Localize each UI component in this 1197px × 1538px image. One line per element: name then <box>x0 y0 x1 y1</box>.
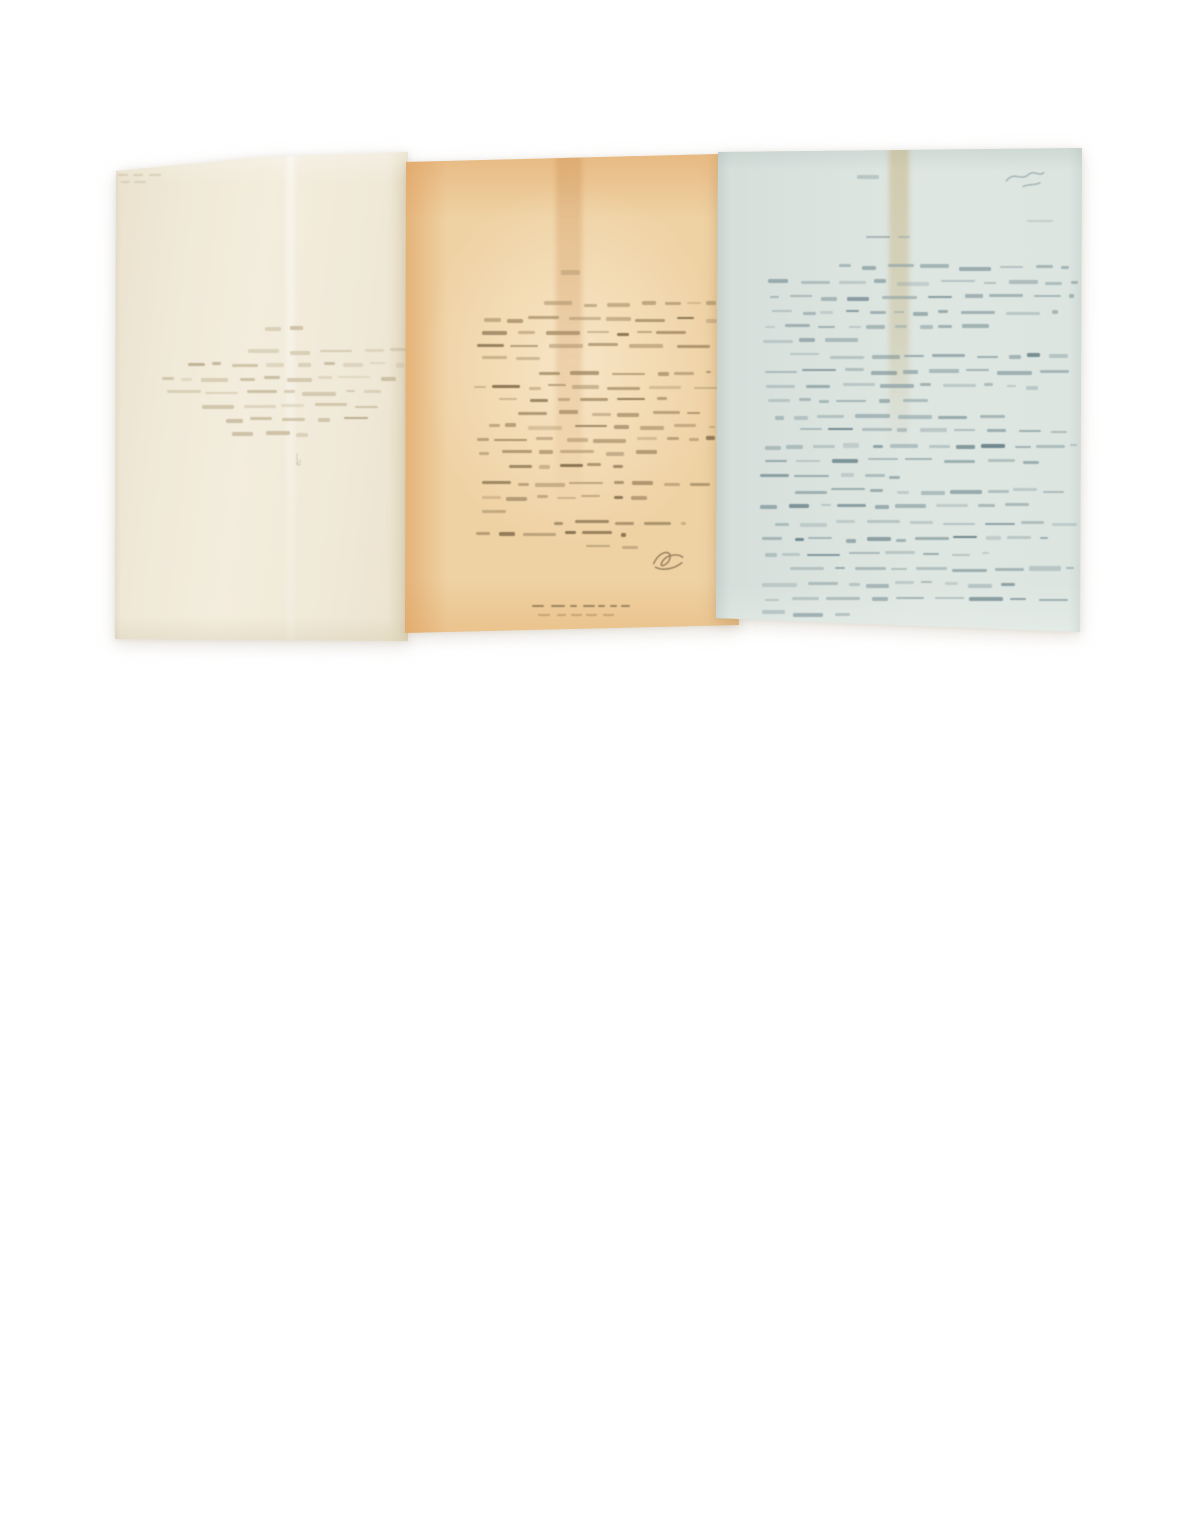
ink-stroke <box>800 523 828 527</box>
handwriting-line <box>795 488 1073 496</box>
tan-handwriting-layer <box>404 152 740 635</box>
ink-stroke <box>592 413 611 417</box>
ink-stroke <box>201 378 228 382</box>
ink-stroke <box>997 371 1032 375</box>
ink-stroke <box>657 397 667 399</box>
ink-stroke <box>873 445 883 448</box>
handwriting-line <box>765 324 989 332</box>
ink-stroke <box>570 371 599 375</box>
ink-stroke <box>482 496 501 499</box>
ink-stroke <box>835 613 850 616</box>
handwriting-line <box>1027 217 1053 225</box>
ink-stroke <box>888 264 914 266</box>
ink-stroke <box>546 331 580 335</box>
ink-stroke <box>689 438 699 442</box>
ink-stroke <box>1015 446 1031 448</box>
ink-stroke <box>677 317 694 319</box>
ink-stroke <box>505 423 516 427</box>
ink-stroke <box>658 372 669 376</box>
ink-stroke <box>396 363 404 367</box>
ink-stroke <box>1013 488 1037 491</box>
ink-stroke <box>839 281 866 285</box>
ink-stroke <box>649 386 681 389</box>
ink-stroke <box>969 597 1002 601</box>
ink-stroke <box>606 317 631 321</box>
ink-stroke <box>250 417 272 420</box>
ink-stroke <box>603 614 614 616</box>
handwriting-line <box>167 389 381 397</box>
ink-stroke <box>837 504 867 507</box>
ink-stroke <box>843 383 874 386</box>
ink-stroke <box>786 445 802 448</box>
ink-stroke <box>569 482 603 484</box>
ink-stroke <box>938 310 949 313</box>
ink-stroke <box>775 523 789 526</box>
ink-stroke <box>539 465 550 468</box>
ink-stroke <box>1019 430 1041 432</box>
ink-stroke <box>793 613 823 617</box>
ink-stroke <box>580 398 608 402</box>
ink-stroke <box>836 520 855 522</box>
ink-stroke <box>923 553 939 556</box>
ink-stroke <box>770 296 779 298</box>
handwriting-line <box>554 520 686 528</box>
ink-stroke <box>248 349 279 353</box>
ink-stroke <box>966 369 989 372</box>
handwriting-line <box>760 473 900 481</box>
ink-stroke <box>1021 521 1044 524</box>
handwriting-line <box>489 423 715 431</box>
ink-stroke <box>1009 280 1038 284</box>
ink-stroke <box>895 581 914 584</box>
ink-stroke <box>898 236 910 238</box>
ink-stroke <box>867 520 901 522</box>
handwriting-line <box>768 398 928 406</box>
ink-stroke <box>989 294 1022 297</box>
ink-stroke <box>836 400 866 403</box>
handwriting-line <box>226 417 368 425</box>
ink-stroke <box>961 311 995 315</box>
printed-footer-line <box>532 602 634 610</box>
ink-stroke <box>621 605 630 607</box>
ink-stroke <box>583 605 595 607</box>
ink-stroke <box>825 338 857 342</box>
ink-stroke <box>290 326 303 330</box>
ink-stroke <box>1029 566 1061 570</box>
ink-stroke <box>149 174 162 176</box>
handwriting-line <box>765 596 1077 604</box>
ink-stroke <box>943 523 975 526</box>
ink-stroke <box>318 376 332 379</box>
ink-stroke <box>290 351 311 355</box>
ink-stroke <box>266 431 290 435</box>
ink-stroke <box>846 539 856 543</box>
ink-stroke <box>910 521 934 524</box>
ink-stroke <box>510 345 538 347</box>
ink-stroke <box>891 568 906 570</box>
ink-stroke <box>807 554 840 557</box>
ink-stroke <box>847 297 868 301</box>
ink-stroke <box>941 280 974 283</box>
handwriting-line <box>518 410 700 418</box>
annotation-scribble <box>1003 166 1047 192</box>
ink-stroke <box>607 303 630 307</box>
ink-stroke <box>832 459 858 463</box>
ink-stroke <box>570 605 577 607</box>
ink-stroke <box>656 331 686 334</box>
ink-stroke <box>802 369 835 371</box>
handwriting-line <box>539 370 711 378</box>
ink-stroke <box>866 584 890 588</box>
ink-stroke <box>1009 355 1021 359</box>
ink-stroke <box>952 569 986 572</box>
ink-stroke <box>582 531 612 534</box>
tan-paper <box>404 152 740 635</box>
ink-stroke <box>896 539 907 542</box>
ink-stroke <box>1040 370 1069 373</box>
letter-sheet-cream <box>112 149 408 641</box>
handwriting-line <box>762 610 858 618</box>
ink-stroke <box>536 437 553 440</box>
ink-stroke <box>953 536 976 538</box>
ink-stroke <box>575 520 609 523</box>
handwriting-line <box>790 353 1078 361</box>
ink-stroke <box>1052 310 1058 313</box>
ink-stroke <box>610 605 617 607</box>
ink-stroke <box>1040 537 1048 539</box>
ink-stroke <box>915 537 949 540</box>
handwriting-line <box>765 458 1039 466</box>
ink-stroke <box>614 496 624 498</box>
handwriting-line <box>482 356 540 364</box>
ink-stroke <box>1026 386 1038 389</box>
ink-stroke <box>614 425 629 429</box>
ink-stroke <box>538 614 550 616</box>
handwriting-line <box>474 384 718 392</box>
ink-stroke <box>988 459 1016 462</box>
ink-stroke <box>586 614 596 616</box>
ink-stroke <box>565 531 576 535</box>
ink-stroke <box>1071 281 1078 284</box>
ink-stroke <box>617 333 630 336</box>
ink-stroke <box>298 363 311 366</box>
ink-stroke <box>987 429 1006 431</box>
ink-stroke <box>637 331 652 333</box>
ink-stroke <box>614 481 625 484</box>
cream-paper <box>112 149 408 641</box>
ink-stroke <box>622 546 638 550</box>
ink-stroke <box>315 403 347 406</box>
ink-stroke <box>789 504 809 508</box>
ink-stroke <box>920 325 934 329</box>
ink-stroke <box>535 483 564 487</box>
ink-stroke <box>795 491 827 495</box>
ink-stroke <box>282 418 305 421</box>
ink-stroke <box>818 326 835 328</box>
handwriting-line <box>762 581 1028 589</box>
ink-stroke <box>188 363 205 366</box>
handwriting-line <box>479 449 661 457</box>
ink-stroke <box>381 377 396 381</box>
ink-stroke <box>968 584 992 588</box>
handwriting-line <box>800 428 1074 436</box>
ink-stroke <box>476 532 490 535</box>
ink-stroke <box>849 326 861 328</box>
ink-stroke <box>674 424 696 427</box>
ink-stroke <box>920 428 947 431</box>
ink-stroke <box>945 582 958 585</box>
ink-stroke <box>808 537 832 539</box>
ink-stroke <box>765 599 779 601</box>
ink-stroke <box>870 311 887 313</box>
ink-stroke <box>560 450 594 452</box>
ink-stroke <box>530 399 548 403</box>
ink-stroke <box>343 363 363 367</box>
ink-stroke <box>760 474 789 476</box>
ink-stroke <box>549 344 583 347</box>
handwriting-line <box>482 330 700 338</box>
handwriting-heading <box>265 325 303 333</box>
ink-stroke <box>830 356 864 359</box>
blue-handwriting-layer <box>711 146 1083 634</box>
ink-stroke <box>492 385 521 389</box>
ink-stroke <box>799 398 811 400</box>
ink-stroke <box>264 376 280 379</box>
ink-stroke <box>760 505 777 509</box>
ink-stroke <box>557 497 576 499</box>
ink-stroke <box>365 349 384 351</box>
ink-stroke <box>575 425 608 427</box>
ink-stroke <box>571 614 581 616</box>
ink-stroke <box>921 491 945 495</box>
ink-stroke <box>687 302 702 304</box>
ink-stroke <box>790 353 819 355</box>
ink-stroke <box>936 504 968 507</box>
ink-stroke <box>529 387 541 390</box>
ink-stroke <box>537 495 548 497</box>
ink-stroke <box>875 505 889 509</box>
ink-stroke <box>874 279 886 283</box>
ink-stroke <box>944 460 975 463</box>
ink-stroke <box>768 399 790 402</box>
ink-stroke <box>588 343 618 346</box>
ink-stroke <box>569 317 601 320</box>
ink-stroke <box>1005 503 1029 505</box>
ink-stroke <box>790 295 812 298</box>
ink-stroke <box>867 537 891 541</box>
ink-stroke <box>849 583 860 586</box>
ink-stroke <box>364 390 381 393</box>
ink-stroke <box>1043 491 1064 493</box>
ink-stroke <box>978 504 995 507</box>
ink-stroke <box>212 362 221 366</box>
ink-stroke <box>266 363 284 367</box>
ink-stroke <box>644 522 671 524</box>
handwriting-heading <box>561 268 593 276</box>
ink-stroke <box>1000 266 1023 268</box>
ink-stroke <box>898 415 932 419</box>
ink-stroke <box>560 464 582 467</box>
handwriting-line <box>765 551 989 559</box>
ink-stroke <box>984 383 994 386</box>
ink-stroke <box>1051 431 1068 433</box>
handwriting-line <box>762 536 1048 544</box>
ink-stroke <box>528 426 563 430</box>
handwriting-line <box>509 462 631 470</box>
ink-stroke <box>849 552 880 555</box>
ink-stroke <box>296 433 308 437</box>
cream-handwriting-layer <box>112 149 408 641</box>
ink-stroke <box>862 428 893 431</box>
ink-stroke <box>324 362 335 365</box>
ink-stroke <box>952 554 970 556</box>
ink-stroke <box>637 437 657 441</box>
ink-stroke <box>202 405 234 409</box>
ink-stroke <box>765 553 777 557</box>
ink-stroke <box>631 496 647 500</box>
handwriting-line <box>476 530 626 538</box>
ink-stroke <box>868 458 898 460</box>
handwriting-line <box>790 566 1074 574</box>
ink-stroke <box>664 483 680 486</box>
ink-stroke <box>244 405 276 408</box>
ink-stroke <box>567 438 587 442</box>
ink-stroke <box>938 416 968 419</box>
ink-stroke <box>928 296 952 298</box>
ink-stroke <box>635 319 665 323</box>
ink-stroke <box>548 384 566 386</box>
handwriting-line <box>482 508 506 516</box>
ink-stroke <box>482 331 507 335</box>
ink-stroke <box>897 282 929 286</box>
handwriting-line <box>484 316 717 324</box>
ink-stroke <box>265 327 281 331</box>
ink-stroke <box>586 545 610 548</box>
handwriting-line <box>202 403 380 411</box>
ink-stroke <box>995 568 1024 571</box>
handwriting-line <box>162 375 396 383</box>
ink-stroke <box>1006 312 1040 315</box>
ink-stroke <box>606 452 624 456</box>
ink-stroke <box>905 458 932 460</box>
ink-stroke <box>872 355 899 359</box>
ink-stroke <box>621 533 626 537</box>
ink-stroke <box>607 387 640 390</box>
ink-stroke <box>762 610 785 614</box>
ink-stroke <box>681 522 686 525</box>
ink-stroke <box>765 460 787 462</box>
ink-stroke <box>904 355 924 358</box>
ink-stroke <box>895 325 907 328</box>
ink-stroke <box>561 270 580 274</box>
ink-stroke <box>796 460 820 462</box>
ink-stroke <box>1027 353 1040 357</box>
ink-stroke <box>653 411 681 414</box>
ink-stroke <box>232 432 253 436</box>
ink-stroke <box>782 553 800 556</box>
handwriting-line <box>482 480 710 488</box>
ink-stroke <box>489 424 500 427</box>
ink-stroke <box>803 312 815 315</box>
ink-stroke <box>640 426 664 430</box>
ink-stroke <box>1052 523 1077 527</box>
ink-stroke <box>986 536 1001 540</box>
handwriting-line <box>188 361 404 369</box>
ink-stroke <box>950 490 982 494</box>
ink-stroke <box>642 301 656 305</box>
ink-stroke <box>821 504 831 506</box>
ink-stroke <box>482 356 507 359</box>
ink-stroke <box>841 473 854 477</box>
ink-stroke <box>636 450 658 454</box>
ink-stroke <box>559 410 578 414</box>
ink-stroke <box>613 465 623 468</box>
ink-stroke <box>593 439 625 443</box>
signature-flourish <box>290 448 316 472</box>
ink-stroke <box>474 386 486 388</box>
ink-stroke <box>1023 461 1039 464</box>
ink-stroke <box>775 416 784 420</box>
ink-stroke <box>806 385 830 388</box>
ink-stroke <box>820 311 833 315</box>
ink-stroke <box>765 326 775 328</box>
ink-stroke <box>766 385 795 387</box>
ink-stroke <box>1069 294 1074 297</box>
handwriting-line <box>544 301 716 309</box>
ink-stroke <box>1034 295 1061 297</box>
ink-stroke <box>687 412 700 414</box>
ink-stroke <box>532 605 544 607</box>
ink-stroke <box>318 418 330 422</box>
ink-stroke <box>629 344 663 348</box>
ink-stroke <box>558 398 570 400</box>
ink-stroke <box>821 297 836 301</box>
ink-stroke <box>502 450 532 453</box>
ink-stroke <box>690 483 710 486</box>
ink-stroke <box>499 532 515 536</box>
ink-stroke <box>846 310 859 312</box>
ink-stroke <box>1049 354 1068 358</box>
ink-stroke <box>557 614 566 616</box>
ink-stroke <box>509 465 532 467</box>
ink-stroke <box>226 419 243 423</box>
ink-stroke <box>800 428 822 430</box>
ink-stroke <box>855 567 886 570</box>
ink-stroke <box>772 310 792 312</box>
ink-stroke <box>808 582 838 585</box>
ink-stroke <box>551 605 565 607</box>
ink-stroke <box>817 415 844 418</box>
handwriting-line <box>768 279 1078 287</box>
handwriting-line <box>775 413 1019 421</box>
signature-line <box>586 543 638 551</box>
handwriting-line <box>770 294 1074 302</box>
ink-stroke <box>587 463 601 466</box>
handwriting-line <box>232 430 308 438</box>
ink-stroke <box>677 345 711 348</box>
ink-stroke <box>1039 599 1068 602</box>
ink-stroke <box>528 316 559 319</box>
ink-stroke <box>855 414 890 418</box>
ink-stroke <box>956 445 976 449</box>
letter-sheet-tan <box>404 152 740 635</box>
ink-stroke <box>581 495 599 497</box>
ink-stroke <box>346 390 356 392</box>
ink-stroke <box>920 264 950 267</box>
ink-stroke <box>845 368 864 371</box>
ink-stroke <box>959 267 991 271</box>
ink-stroke <box>938 325 952 328</box>
